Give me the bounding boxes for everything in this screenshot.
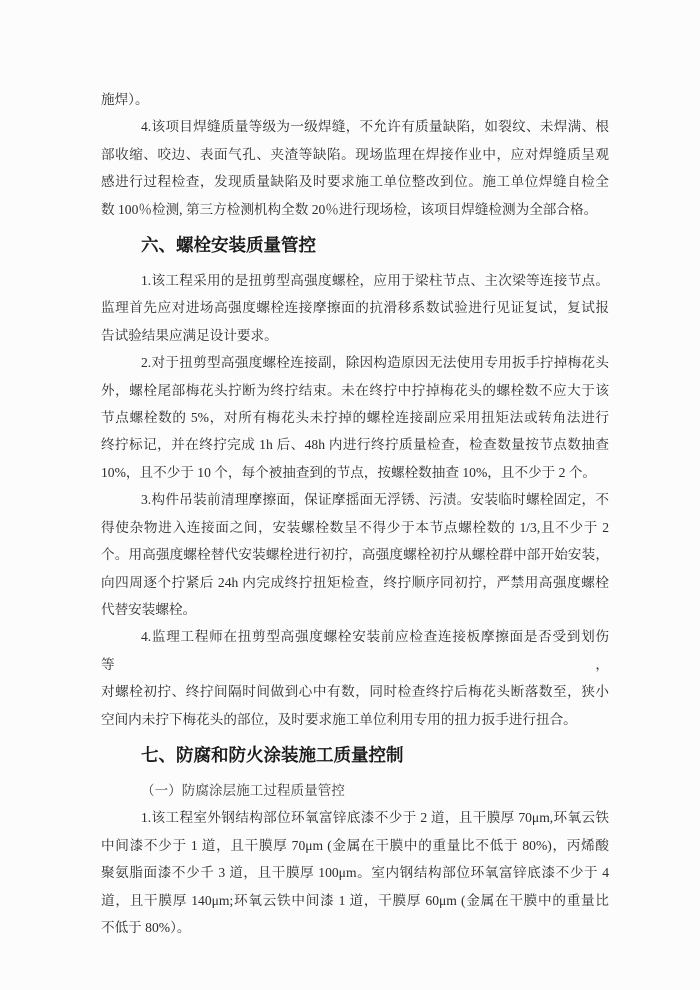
paragraph-line: 终拧标记，并在终拧完成 1h 后、48h 内进行终拧质量检查，检查数量按节点数抽… bbox=[101, 431, 609, 458]
paragraph-line: 1.该工程采用的是扭剪型高强度螺栓，应用于梁柱节点、主次梁等连接节点。 bbox=[101, 267, 609, 294]
paragraph-bolt-1: 1.该工程采用的是扭剪型高强度螺栓，应用于梁柱节点、主次梁等连接节点。 监理首先… bbox=[101, 267, 609, 349]
paragraph-line: 对螺栓初拧、终拧间隔时间做到心中有数，同时检查终拧后梅花头断落数至，狭小 bbox=[101, 678, 609, 705]
paragraph-line: 感进行过程检查，发现质量缺陷及时要求施工单位整改到位。施工单位焊缝自检全 bbox=[101, 168, 609, 195]
paragraph-line: 得使杂物进入连接面之间，安装螺栓数呈不得少于本节点螺栓数的 1/3,且不少于 2 bbox=[101, 514, 609, 541]
paragraph-line: 10%，且不少于 10 个，每个被抽查到的节点，按螺栓数抽查 10%，且不少于 … bbox=[101, 459, 609, 486]
paragraph-line: 聚氨脂面漆不少千 3 道，且干膜厚 100μm。室内钢结构部位环氧富锌底漆不少于… bbox=[101, 859, 609, 886]
document-page: 施焊）。 4.该项目焊缝质量等级为一级焊缝，不允许有质量缺陷，如裂纹、未焊满、根… bbox=[0, 0, 700, 990]
paragraph-weld-inspection: 4.该项目焊缝质量等级为一级焊缝，不允许有质量缺陷，如裂纹、未焊满、根 部收缩、… bbox=[101, 113, 609, 223]
paragraph-line: 数 100％检测, 第三方检测机构全数 20％进行现场检，该项目焊缝检测为全部合… bbox=[101, 196, 609, 223]
paragraph-bolt-4: 4.监理工程师在扭剪型高强度螺栓安装前应检查连接板摩擦面是否受到划伤等， 对螺栓… bbox=[101, 623, 609, 733]
paragraph-line: 4.该项目焊缝质量等级为一级焊缝，不允许有质量缺陷，如裂纹、未焊满、根 bbox=[101, 113, 609, 140]
paragraph-coating-1: 1.该工程室外钢结构部位环氧富锌底漆不少于 2 道，且干膜厚 70μm,环氧云铁… bbox=[101, 804, 609, 941]
paragraph-line: 3.构件吊装前清理摩擦面，保证摩摇面无浮锈、污渍。安装临时螺栓固定，不 bbox=[101, 486, 609, 513]
paragraph-line: 向四周逐个拧紧后 24h 内完成终拧扭矩检查，终拧顺序同初拧，严禁用高强度螺栓 bbox=[101, 569, 609, 596]
paragraph-line: 外，螺栓尾部梅花头拧断为终拧结束。未在终拧中拧掉梅花头的螺栓数不应大于该 bbox=[101, 377, 609, 404]
paragraph-line: 道，且干膜厚 140μm;环氧云铁中间漆 1 道，干膜厚 60μm (金属在干膜… bbox=[101, 887, 609, 914]
section-heading-bolt-quality: 六、螺栓安装质量管控 bbox=[101, 230, 609, 260]
paragraph-line: 空间内未拧下梅花头的部位，及时要求施工单位利用专用的扭力扳手进行扭合。 bbox=[101, 706, 609, 733]
paragraph-line: 中间漆不少于 1 道，且干膜厚 70μm (金属在干膜中的重量比不低于 80%)… bbox=[101, 832, 609, 859]
paragraph-bolt-2: 2.对于扭剪型高强度螺栓连接副，除因构造原因无法使用专用扳手拧掉梅花头 外，螺栓… bbox=[101, 349, 609, 486]
paragraph-line: 个。用高强度螺栓替代安装螺栓进行初拧，高强度螺栓初拧从螺栓群中部开始安装， bbox=[101, 541, 609, 568]
subsection-heading-anticorrosion: （一）防腐涂层施工过程质量管控 bbox=[101, 777, 609, 804]
paragraph-bolt-3: 3.构件吊装前清理摩擦面，保证摩摇面无浮锈、污渍。安装临时螺栓固定，不 得使杂物… bbox=[101, 486, 609, 623]
section-heading-coating-quality: 七、防腐和防火涂装施工质量控制 bbox=[101, 740, 609, 770]
paragraph-line: 部收缩、咬边、表面气孔、夹渣等缺陷。现场监理在焊接作业中，应对焊缝质呈观 bbox=[101, 141, 609, 168]
paragraph-line: 4.监理工程师在扭剪型高强度螺栓安装前应检查连接板摩擦面是否受到划伤等， bbox=[101, 623, 609, 678]
paragraph-line: 监理首先应对进场高强度螺栓连接摩擦面的抗滑移系数试验进行见证复试，复试报 bbox=[101, 294, 609, 321]
paragraph-line: 2.对于扭剪型高强度螺栓连接副，除因构造原因无法使用专用扳手拧掉梅花头 bbox=[101, 349, 609, 376]
paragraph-line: 代替安装螺栓。 bbox=[101, 596, 609, 623]
paragraph-line: 告试验结果应满足设计要求。 bbox=[101, 322, 609, 349]
paragraph-line: 节点螺栓数的 5%，对所有梅花头未拧掉的螺栓连接副应采用扭矩法或转角法进行 bbox=[101, 404, 609, 431]
paragraph-line: 不低于 80%）。 bbox=[101, 914, 609, 941]
paragraph-line: 施焊）。 bbox=[101, 86, 609, 113]
paragraph-line: 1.该工程室外钢结构部位环氧富锌底漆不少于 2 道，且干膜厚 70μm,环氧云铁 bbox=[101, 804, 609, 831]
